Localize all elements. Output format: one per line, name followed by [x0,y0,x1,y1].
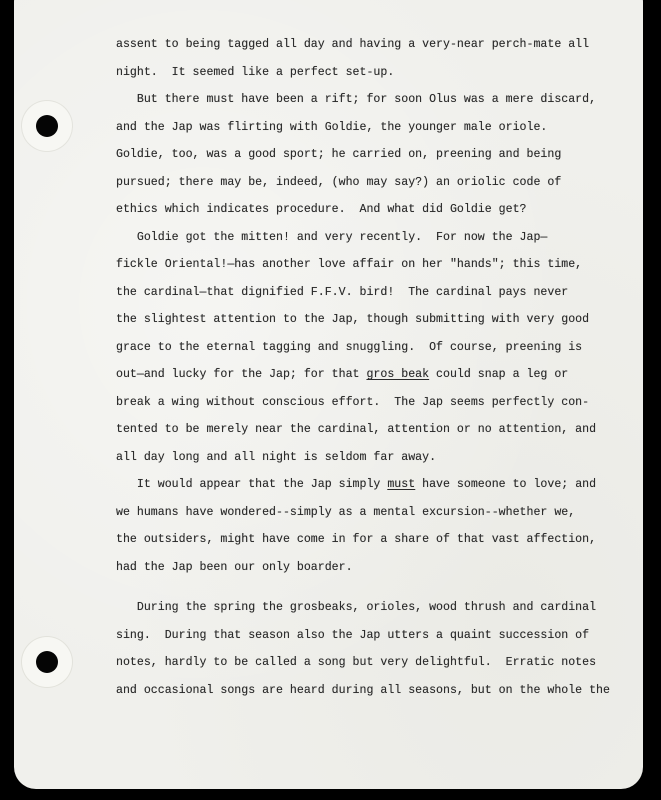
text-line: It would appear that the Jap simply must… [116,475,636,503]
text-line: But there must have been a rift; for soo… [116,90,636,118]
text-line: pursued; there may be, indeed, (who may … [116,173,636,201]
text-line: we humans have wondered--simply as a men… [116,503,636,531]
text-segment: It would appear that the Jap simply [116,478,387,491]
text-line: Goldie got the mitten! and very recently… [116,228,636,256]
text-line: grace to the eternal tagging and snuggli… [116,338,636,366]
text-line: night. It seemed like a perfect set-up. [116,63,636,91]
text-segment: could snap a leg or [429,368,568,381]
hole-icon [36,651,58,673]
text-line: the outsiders, might have come in for a … [116,530,636,558]
paragraph-gap [116,585,636,598]
text-line: sing. During that season also the Jap ut… [116,626,636,654]
text-line: and the Jap was flirting with Goldie, th… [116,118,636,146]
text-line: the cardinal—that dignified F.F.V. bird!… [116,283,636,311]
hole-icon [36,115,58,137]
text-segment: out—and lucky for the Jap; for that [116,368,366,381]
text-line: Goldie, too, was a good sport; he carrie… [116,145,636,173]
text-line: break a wing without conscious effort. T… [116,393,636,421]
typewritten-body: assent to being tagged all day and havin… [116,35,636,708]
text-line: notes, hardly to be called a song but ve… [116,653,636,681]
text-line: all day long and all night is seldom far… [116,448,636,476]
text-segment: have someone to love; and [415,478,596,491]
text-line: had the Jap been our only boarder. [116,558,636,586]
text-line: and occasional songs are heard during al… [116,681,636,709]
text-line: out—and lucky for the Jap; for that gros… [116,365,636,393]
text-line: the slightest attention to the Jap, thou… [116,310,636,338]
text-line: ethics which indicates procedure. And wh… [116,200,636,228]
text-line: fickle Oriental!—has another love affair… [116,255,636,283]
text-line: During the spring the grosbeaks, orioles… [116,598,636,626]
underlined-text: gros beak [366,368,429,381]
punch-hole-bottom [22,637,72,687]
text-line: assent to being tagged all day and havin… [116,35,636,63]
text-line: tented to be merely near the cardinal, a… [116,420,636,448]
punch-hole-top [22,101,72,151]
underlined-text: must [387,478,415,491]
